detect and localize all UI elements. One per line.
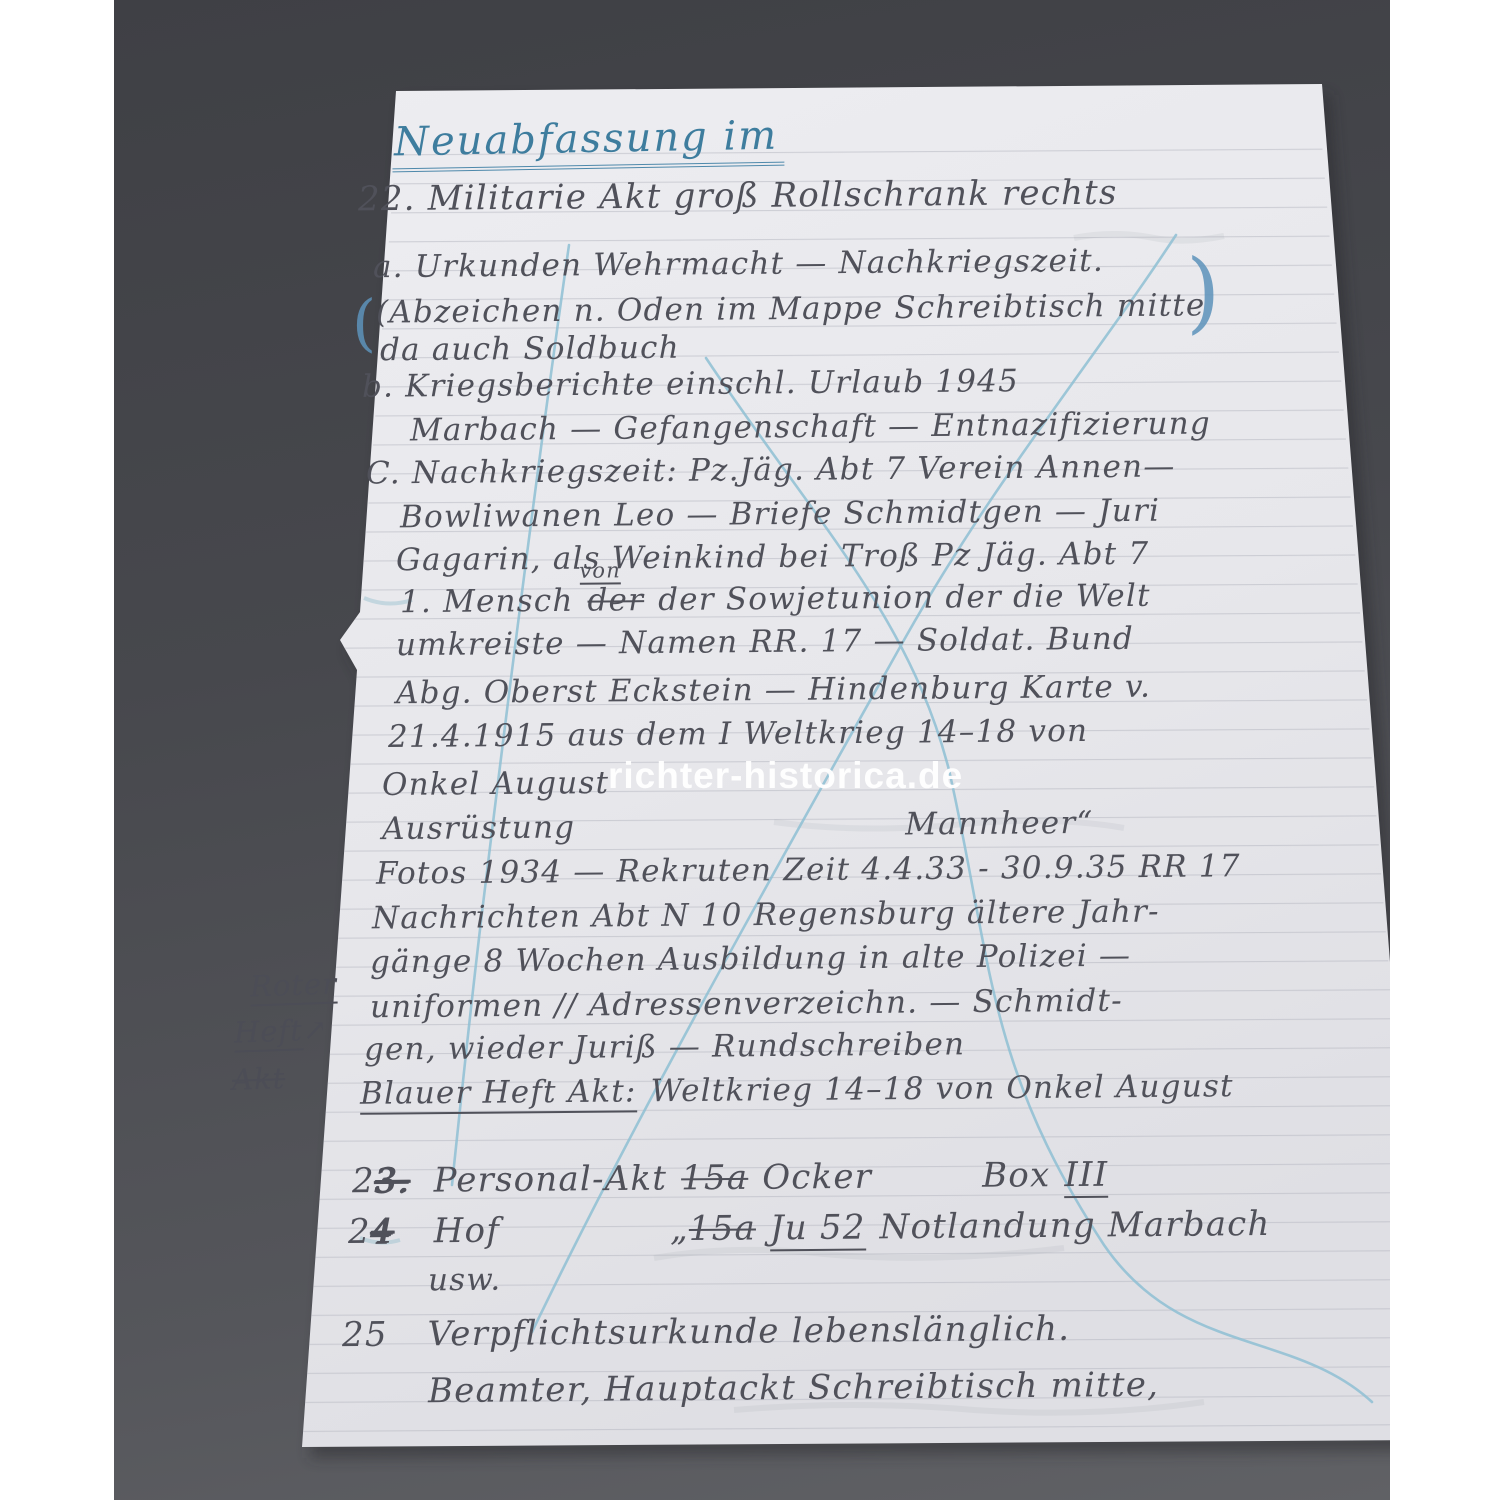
handwritten-line-b: b. Kriegsberichte einschl. Urlaub 1945 [362, 363, 1019, 405]
handwritten-line-onkel: Onkel August [382, 765, 610, 803]
box-label: Box [982, 1155, 1051, 1196]
line-ausruestung-left: Ausrüstung [382, 809, 575, 847]
handwritten-line-gagarin: Gagarin, als Weinkind bei Troß Pz Jäg. A… [396, 536, 1150, 579]
line-blauer-heft-rest: Weltkrieg 14–18 von Onkel August [650, 1068, 1233, 1109]
handwritten-line-22: 22. Militarie Akt groß Rollschrank recht… [358, 173, 1118, 220]
photograph-of-handwritten-document: Neuabfassung im 22. Militarie Akt groß R… [0, 0, 1500, 1500]
handwritten-line-marbach: Marbach — Gefangenschaft — Entnazifizier… [410, 406, 1211, 449]
handwritten-line-25: 25Verpflichtsurkunde lebenslänglich. [342, 1309, 1071, 1355]
handwritten-line-1915: 21.4.1915 aus dem I Weltkrieg 14–18 von [388, 713, 1088, 755]
handwritten-line-usw: usw. [428, 1262, 502, 1299]
handwritten-line-a: a. Urkunden Wehrmacht — Nachkriegszeit. [373, 243, 1104, 285]
handwritten-line-hof: 24Hof„15aJu 52Notlandung Marbach [348, 1204, 1271, 1252]
underlined-blauer-heft-akt: Blauer Heft Akt: [360, 1073, 637, 1114]
handwritten-line-uniformen: uniformen // Adressenverzeichn. — Schmid… [370, 983, 1123, 1026]
line-mensch-correction: dervon [573, 582, 644, 619]
margin-note-roter: Roter [249, 966, 337, 1003]
inserted-word-above: von [579, 558, 621, 584]
item-label: Personal-Akt [434, 1159, 668, 1201]
margin-note-akt-text: Akt [231, 1061, 285, 1097]
item-number: 2 [348, 1212, 371, 1252]
photo-area: Neuabfassung im 22. Militarie Akt groß R… [114, 0, 1390, 1500]
item-after: Ocker [762, 1157, 872, 1198]
blue-open-parenthesis: ( [352, 286, 376, 359]
margin-note-akt: Akt [231, 1061, 285, 1097]
blue-close-parenthesis: ) [1186, 240, 1220, 343]
underlined-ju52: Ju 52 [770, 1208, 866, 1252]
line-mensch-post: der Sowjetunion der die Welt [658, 578, 1151, 618]
underlined-box-number: III [1064, 1155, 1108, 1198]
handwritten-line-beamter: Beamter, Hauptackt Schreibtisch mitte, [428, 1365, 1159, 1411]
margin-note-heft-text: Heft [233, 1013, 303, 1052]
arrow-up-right-icon: ↗ [302, 1012, 328, 1047]
margin-note-roter-text: Roter [249, 966, 337, 1006]
handwritten-line-mensch: 1. Menschdervonder Sowjetunion der die W… [400, 578, 1151, 621]
handwritten-line-oberst: Abg. Oberst Eckstein — Hindenburg Karte … [396, 669, 1151, 712]
ditto-quote: „ [670, 1209, 689, 1249]
crossed-out-15a: 15a [681, 1158, 748, 1199]
handwritten-line-c: C. Nachkriegszeit: Pz.Jäg. Abt 7 Verein … [366, 448, 1176, 491]
handwritten-line-rundschreiben: gen, wieder Juriß — Rundschreiben [364, 1026, 966, 1067]
crossed-out-15a: 15a [689, 1208, 756, 1249]
obscured-gap [575, 835, 905, 838]
overwritten-digit: 3. [375, 1161, 410, 1201]
handwritten-line-nachrichten: Nachrichten Abt N 10 Regensburg ältere J… [372, 894, 1160, 937]
line-mensch-pre: 1. Mensch [400, 583, 574, 621]
handwritten-line-gaenge: gänge 8 Wochen Ausbildung in alte Polize… [370, 938, 1131, 981]
handwritten-line-blauer-heft: Blauer Heft Akt:Weltkrieg 14–18 von Onke… [360, 1068, 1234, 1112]
item-label: Hof [434, 1211, 501, 1252]
page-title-blue-ink: Neuabfassung im [392, 113, 785, 173]
margin-note-heft: Heft↗ [233, 1012, 328, 1049]
handwritten-line-personal-akt: 23.Personal-Akt15aOckerBoxIII [352, 1155, 1109, 1202]
watermark-text: richter-historica.de [608, 755, 963, 797]
handwritten-line-abzeichen: (Abzeichen n. Oden im Mappe Schreibtisch… [376, 287, 1206, 330]
handwritten-line-umkreiste: umkreiste — Namen RR. 17 — Soldat. Bund [396, 621, 1134, 663]
line-ausruestung-right: Mannheer“ [905, 805, 1094, 843]
handwriting-layer: Neuabfassung im 22. Militarie Akt groß R… [114, 0, 1390, 1500]
handwritten-line-soldbuch: da auch Soldbuch [380, 330, 680, 369]
item-text: Verpflichtsurkunde lebenslänglich. [428, 1309, 1071, 1355]
item-after: Notlandung Marbach [879, 1204, 1270, 1247]
crossed-digit: 4 [371, 1212, 394, 1252]
item-number: 2 [352, 1161, 375, 1201]
handwritten-line-bowliwanen: Bowliwanen Leo — Briefe Schmidtgen — Jur… [400, 493, 1160, 536]
item-number: 25 [342, 1315, 388, 1355]
crossed-out-word: der [587, 582, 644, 618]
handwritten-line-ausruestung: AusrüstungMannheer“ [382, 805, 1094, 847]
handwritten-line-fotos: Fotos 1934 — Rekruten Zeit 4.4.33 - 30.9… [376, 848, 1241, 892]
